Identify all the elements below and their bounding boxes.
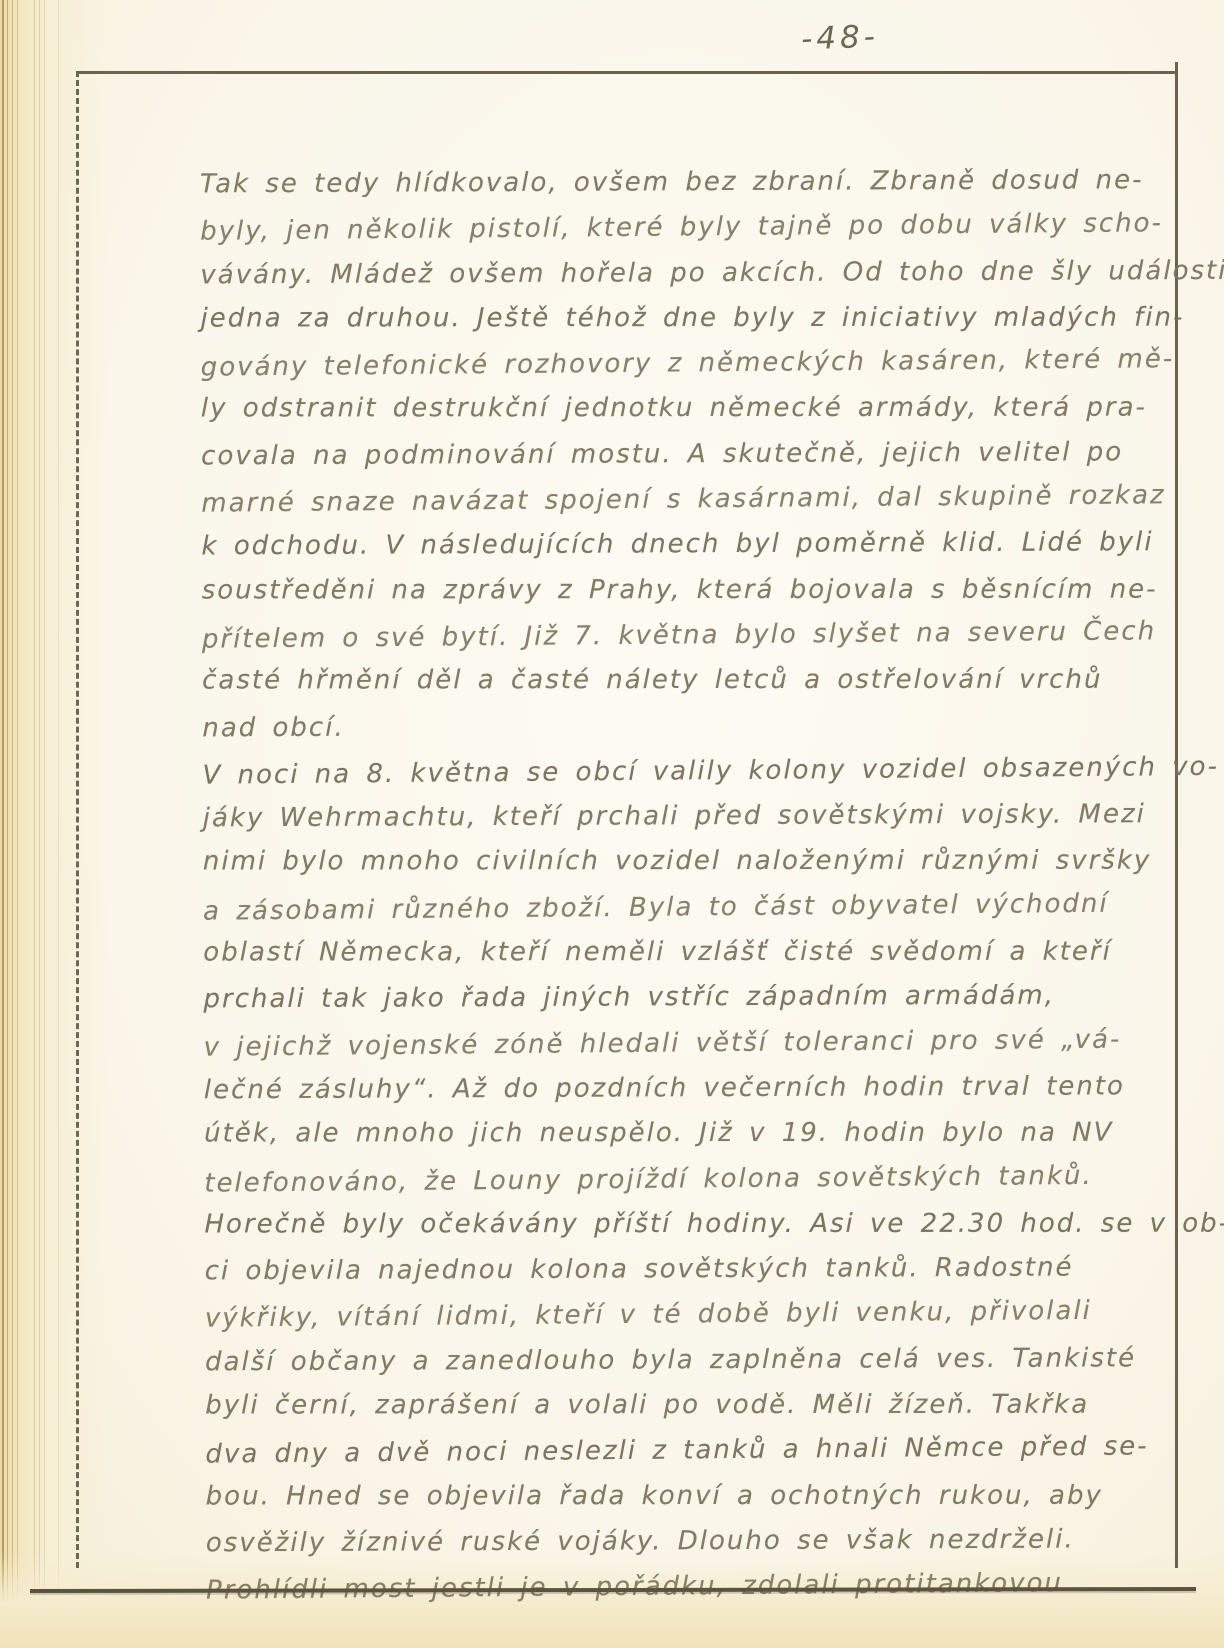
manuscript-line: útěk, ale mnoho jich neuspělo. Již v 19.… (204, 1111, 1224, 1157)
manuscript-line: Horečně byly očekávány příští hodiny. As… (204, 1201, 1224, 1247)
manuscript-line: další občany a zanedlouho byla zaplněna … (205, 1335, 1224, 1385)
manuscript-line: soustředěni na zprávy z Prahy, která boj… (202, 567, 1224, 613)
manuscript-line: oblastí Německa, kteří neměli vzlášť čis… (203, 930, 1224, 976)
scanned-chronicle-page: -48- Tak se tedy hlídkovalo, ovšem bez z… (0, 0, 1224, 1648)
manuscript-line: ci objevila najednou kolona sovětských t… (205, 1245, 1224, 1295)
manuscript-line: byly, jen několik pistolí, které byly ta… (200, 201, 1224, 256)
manuscript-line: jáky Wehrmachtu, kteří prchali před sově… (203, 792, 1224, 842)
manuscript-text-block: Tak se tedy hlídkovalo, ovšem bez zbraní… (200, 158, 1224, 1612)
manuscript-line: V noci na 8. května se obcí valily kolon… (202, 744, 1224, 799)
manuscript-line: k odchodu. V následujících dnech byl pom… (201, 520, 1224, 570)
manuscript-line: a zásobami různého zboží. Byla to část o… (203, 880, 1224, 935)
manuscript-frame-border: Tak se tedy hlídkovalo, ovšem bez zbraní… (76, 71, 1178, 1568)
manuscript-line: prchali tak jako řada jiných vstříc zápa… (203, 973, 1224, 1023)
manuscript-line: dva dny a dvě noci neslezli z tanků a hn… (205, 1424, 1224, 1479)
manuscript-line: nimi bylo mnoho civilních vozidel nalože… (203, 839, 1224, 885)
manuscript-line: Tak se tedy hlídkovalo, ovšem bez zbraní… (200, 158, 1224, 208)
manuscript-line: nad obcí. (202, 701, 1224, 751)
manuscript-line: vávány. Mládež ovšem hořela po akcích. O… (200, 248, 1224, 298)
manuscript-line: lečné zásluhy“. Až do pozdních večerních… (204, 1064, 1224, 1114)
manuscript-line: výkřiky, vítání lidmi, kteří v té době b… (205, 1288, 1224, 1343)
manuscript-line: telefonováno, že Louny projíždí kolona s… (204, 1152, 1224, 1207)
manuscript-line: byli černí, zaprášení a volali po vodě. … (205, 1383, 1224, 1429)
manuscript-line: bou. Hned se objevila řada konví a ochot… (206, 1473, 1224, 1519)
manuscript-line: časté hřmění děl a časté nálety letců a … (202, 658, 1224, 704)
manuscript-line: govány telefonické rozhovory z německých… (201, 337, 1224, 392)
manuscript-line: ly odstranit destrukční jednotku německé… (201, 386, 1224, 432)
manuscript-line: jedna za druhou. Ještě téhož dne byly z … (201, 295, 1224, 341)
page-number: -48- (779, 18, 900, 58)
manuscript-line: osvěžily žíznivé ruské vojáky. Dlouho se… (206, 1517, 1224, 1567)
manuscript-line: covala na podminování mostu. A skutečně,… (201, 429, 1224, 479)
manuscript-line: v jejichž vojenské zóně hledali větší to… (204, 1016, 1224, 1071)
manuscript-line: přítelem o své bytí. Již 7. května bylo … (202, 608, 1224, 663)
manuscript-line: marné snaze navázat spojení s kasárnami,… (201, 472, 1224, 527)
